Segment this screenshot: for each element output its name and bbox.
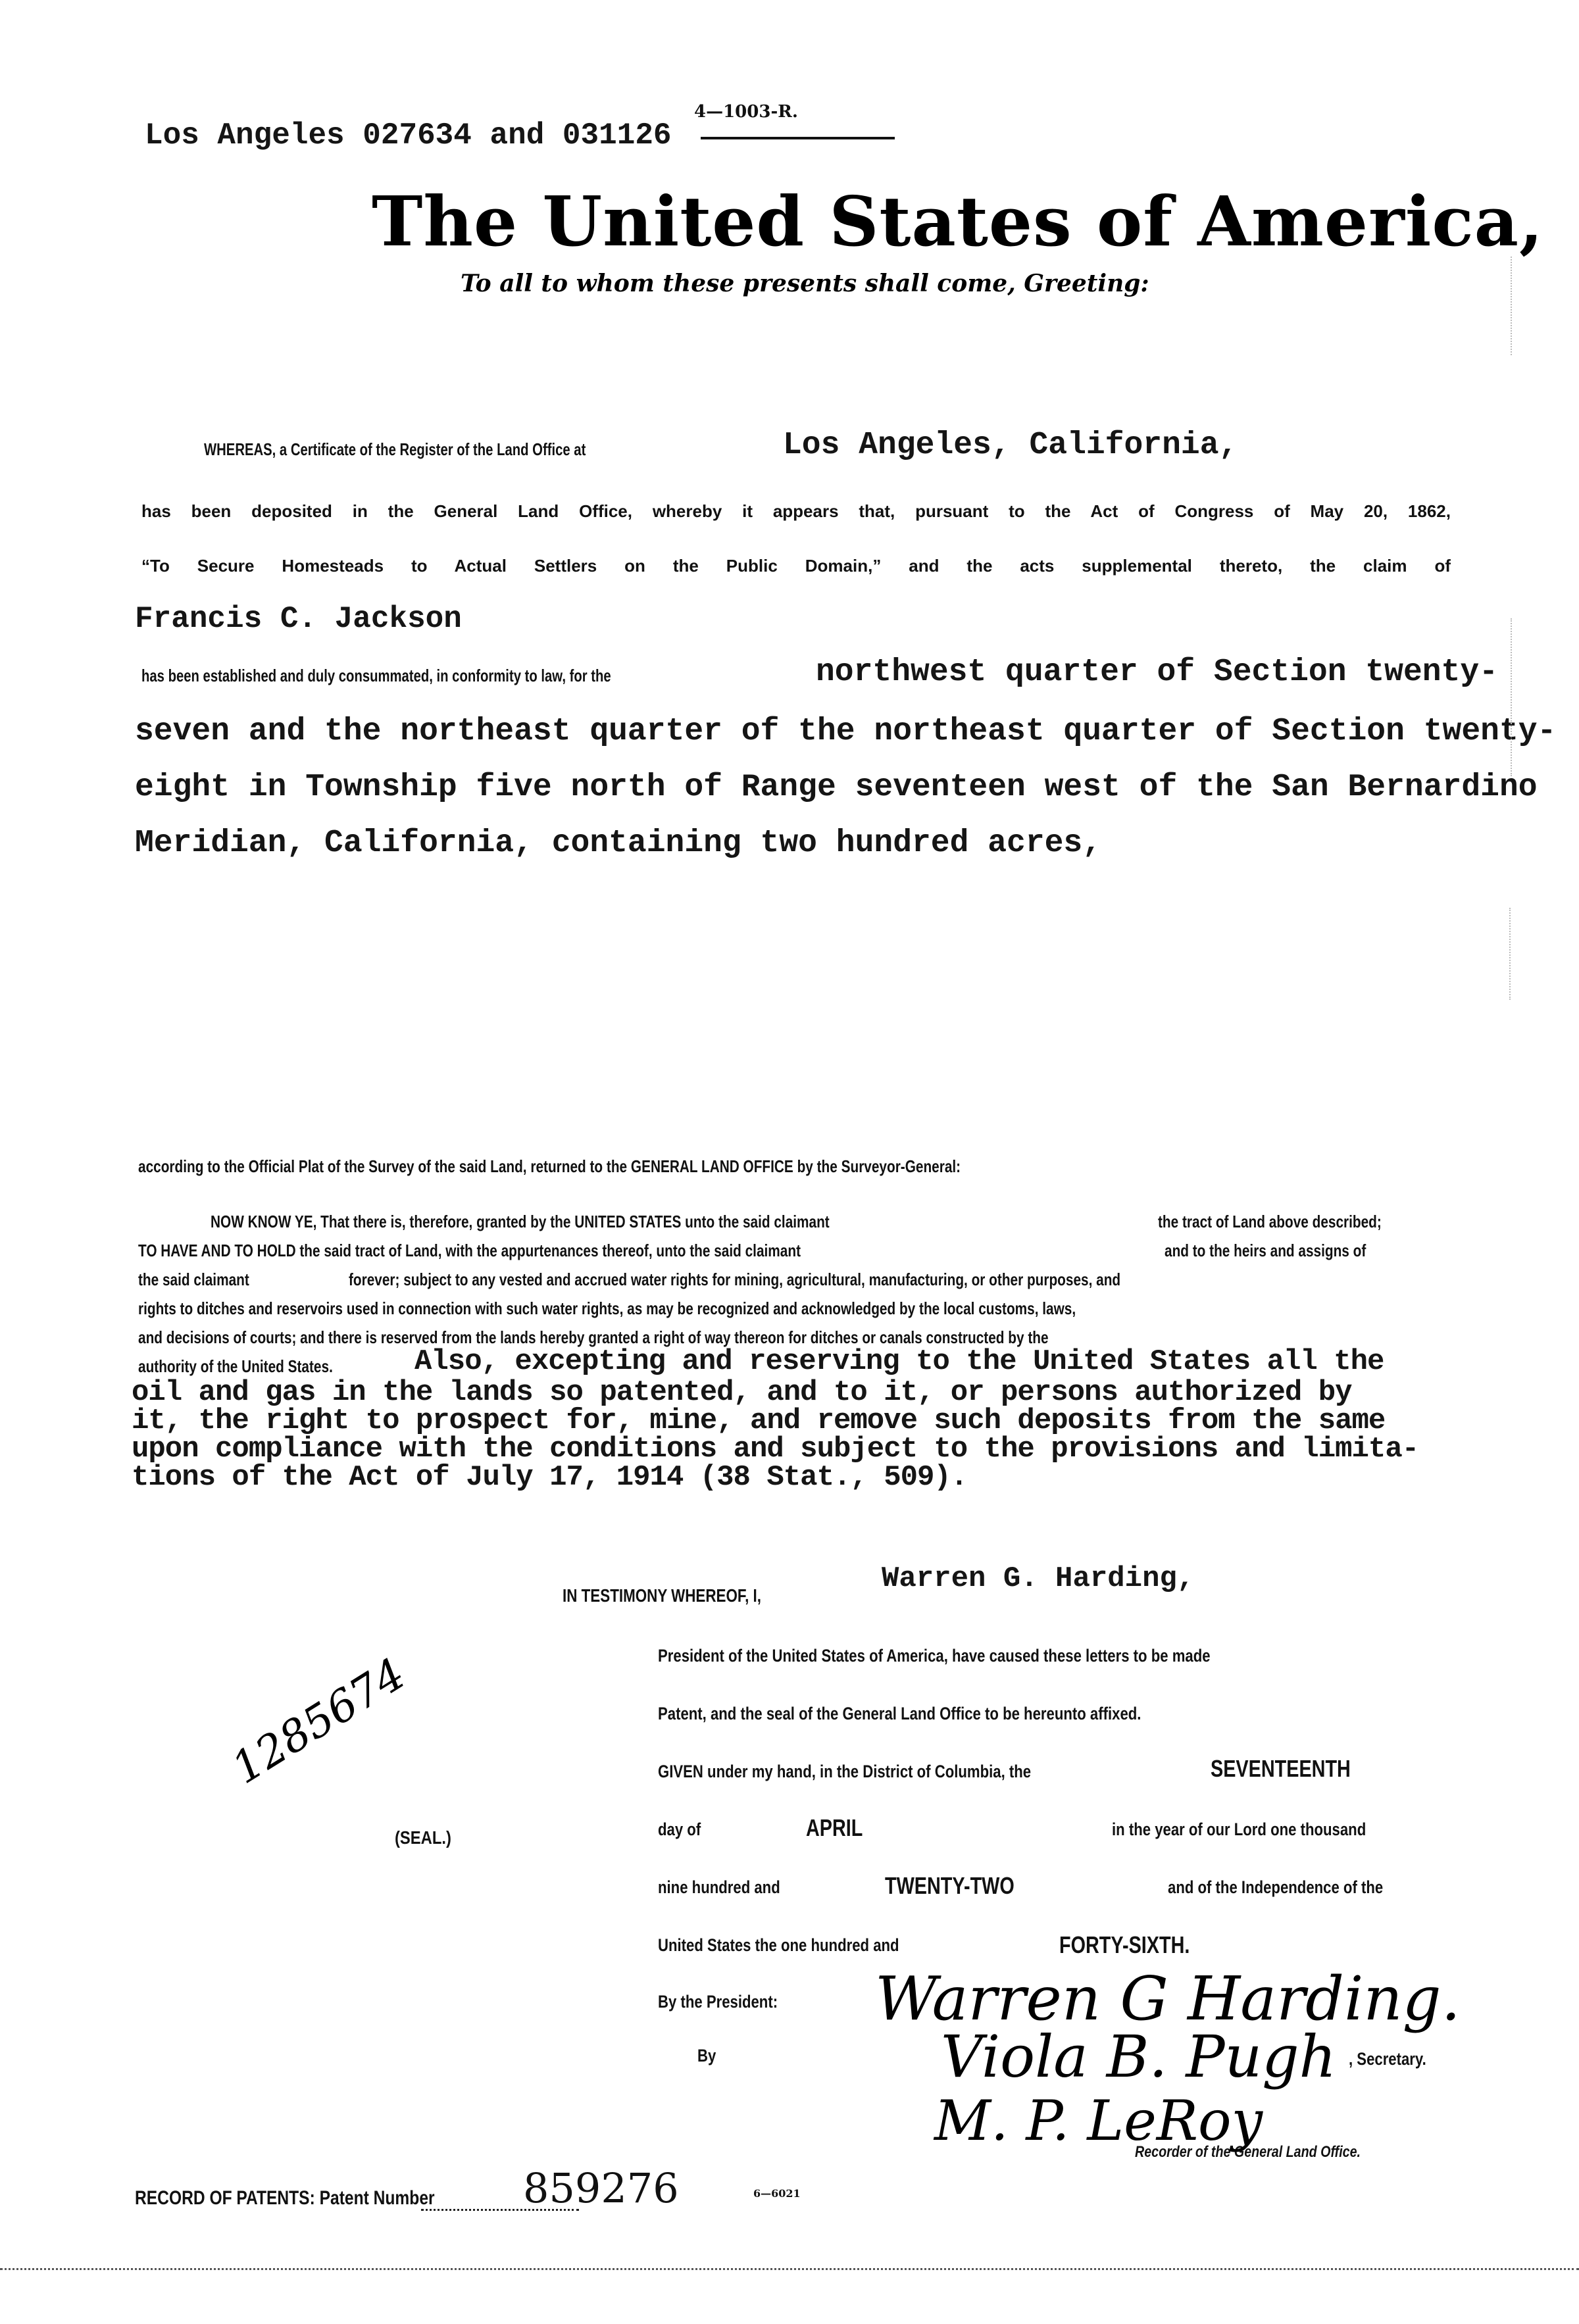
land-description-1: northwest quarter of Section twenty- xyxy=(816,655,1498,690)
land-description-2: seven and the northeast quarter of the n… xyxy=(135,714,1556,749)
president-name: Warren G. Harding, xyxy=(882,1562,1194,1595)
whereas-line-3: “To Secure Homesteads to Actual Settlers… xyxy=(141,556,1451,576)
margin-mark xyxy=(1511,618,1513,776)
now-know-ye: NOW KNOW YE, That there is, therefore, g… xyxy=(211,1212,830,1232)
testimony-lead: IN TESTIMONY WHEREOF, I, xyxy=(563,1585,761,1606)
form-code: 6—6021 xyxy=(753,2187,801,2200)
handwritten-number: 1285674 xyxy=(223,1648,414,1794)
recorder-signature: M. P. LeRoy xyxy=(934,2089,1263,2153)
testimony-line-1: President of the United States of Americ… xyxy=(658,1646,1211,1666)
form-number-rule xyxy=(701,137,895,139)
margin-mark xyxy=(1509,908,1512,1000)
by-label: By xyxy=(697,2046,716,2066)
secretary-suffix: , Secretary. xyxy=(1349,2049,1426,2069)
secretary-signature: Viola B. Pugh xyxy=(941,2023,1336,2090)
said-claimant: the said claimant xyxy=(138,1270,249,1290)
whereas-lead: WHEREAS, a Certificate of the Register o… xyxy=(204,439,586,460)
land-description-3: eight in Township five north of Range se… xyxy=(135,770,1538,805)
document-title: The United States of America, xyxy=(372,181,1543,262)
consummated-lead: has been established and duly consummate… xyxy=(141,666,611,686)
margin-mark xyxy=(1511,257,1513,355)
land-office-location: Los Angeles, California, xyxy=(783,428,1238,463)
us-independence-lead: United States the one hundred and xyxy=(658,1935,899,1956)
forever-clause: forever; subject to any vested and accru… xyxy=(349,1270,1120,1290)
to-have-tail: and to the heirs and assigns of xyxy=(1165,1241,1366,1261)
land-description-4: Meridian, California, containing two hun… xyxy=(135,826,1101,861)
bottom-edge-rule xyxy=(0,2268,1579,2270)
authority-line: authority of the United States. xyxy=(138,1356,333,1377)
record-of-patents-label: RECORD OF PATENTS: Patent Number xyxy=(135,2187,435,2210)
nine-hundred-label: nine hundred and xyxy=(658,1877,780,1898)
testimony-line-2: Patent, and the seal of the General Land… xyxy=(658,1704,1141,1724)
given-month: APRIL xyxy=(806,1814,863,1842)
independence-label: and of the Independence of the xyxy=(1168,1877,1383,1898)
patent-number: 859276 xyxy=(523,2164,679,2212)
given-day: SEVENTEENTH xyxy=(1211,1755,1351,1783)
independence-year: FORTY-SIXTH. xyxy=(1059,1931,1190,1959)
case-reference: Los Angeles 027634 and 031126 xyxy=(145,118,672,153)
given-year: TWENTY-TWO xyxy=(885,1872,1015,1900)
claimant-name: Francis C. Jackson xyxy=(135,602,462,636)
whereas-line-2-text: has been deposited in the General Land O… xyxy=(141,501,1451,522)
greeting: To all to whom these presents shall come… xyxy=(461,270,1149,297)
year-lead: in the year of our Lord one thousand xyxy=(1112,1819,1366,1840)
survey-line: according to the Official Plat of the Su… xyxy=(138,1156,961,1177)
day-of-label: day of xyxy=(658,1819,701,1840)
to-have-and-to-hold: TO HAVE AND TO HOLD the said tract of La… xyxy=(138,1241,801,1261)
now-know-ye-tail: the tract of Land above described; xyxy=(1158,1212,1382,1232)
reservation-line-1: Also, excepting and reserving to the Uni… xyxy=(414,1345,1384,1378)
form-number: 4—1003-R. xyxy=(694,102,798,122)
whereas-line-2: has been deposited in the General Land O… xyxy=(141,501,1451,522)
given-lead: GIVEN under my hand, in the District of … xyxy=(658,1762,1031,1782)
by-the-president-label: By the President: xyxy=(658,1992,778,2012)
seal-label: (SEAL.) xyxy=(395,1827,451,1848)
water-rights-line: rights to ditches and reservoirs used in… xyxy=(138,1298,1076,1319)
reservation-line-5: tions of the Act of July 17, 1914 (38 St… xyxy=(132,1461,967,1494)
